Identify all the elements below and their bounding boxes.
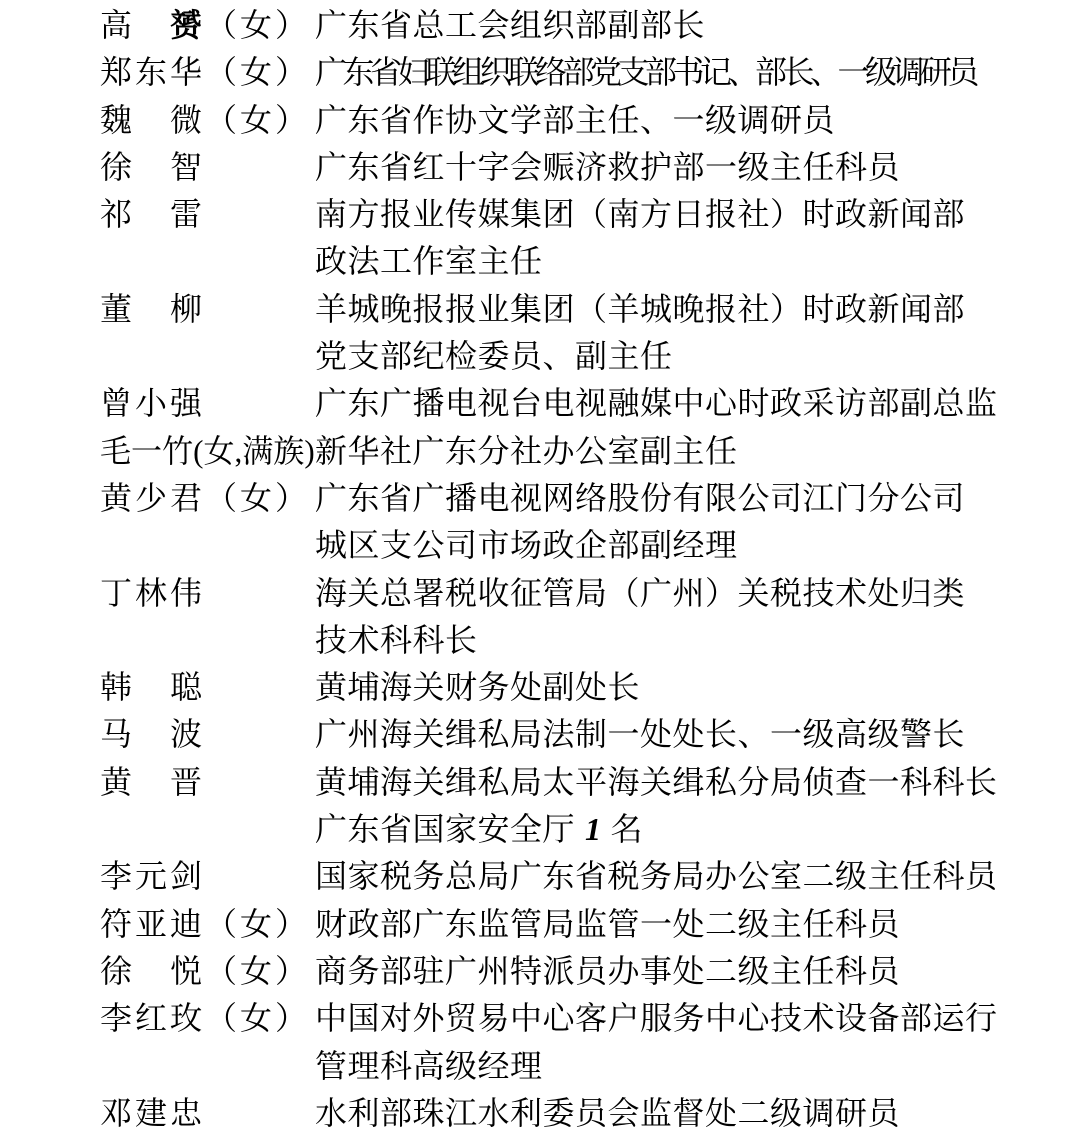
person-entry: 邓建忠水利部珠江水利委员会监督处二级调研员 xyxy=(100,1090,1080,1136)
position-line: 黄埔海关财务处副处长 xyxy=(315,664,1080,711)
person-entry: 毛一竹(女,满族)新华社广东分社办公室副主任 xyxy=(100,428,1080,475)
person-name: 曾小强 xyxy=(100,380,315,427)
person-position: 广东广播电视台电视融媒中心时政采访部副总监 xyxy=(315,380,1080,427)
person-name-text: 曾小强 xyxy=(100,380,205,427)
position-line: 广东省妇联组织联络部党支部书记、部长、一级调研员 xyxy=(315,49,1080,96)
person-entry: 黄少君（女）广东省广播电视网络股份有限公司江门分公司城区支公司市场政企部副经理 xyxy=(100,475,1080,570)
position-line: 黄埔海关缉私局太平海关缉私分局侦查一科科长 xyxy=(315,759,1080,806)
person-entry: 李元剑国家税务总局广东省税务局办公室二级主任科员 xyxy=(100,853,1080,900)
position-line: 城区支公司市场政企部副经理 xyxy=(315,522,1080,569)
person-name-bold-char: 赟 xyxy=(170,7,205,43)
person-name-text: 董 柳 xyxy=(100,286,205,333)
person-entry: 徐 悦（女）商务部驻广州特派员办事处二级主任科员 xyxy=(100,948,1080,995)
person-position: 广东省妇联组织联络部党支部书记、部长、一级调研员 xyxy=(315,49,1080,96)
person-name: 魏 微（女） xyxy=(100,97,315,144)
person-entry: 魏 微（女）广东省作协文学部主任、一级调研员 xyxy=(100,97,1080,144)
headcount-unit: 名 xyxy=(611,811,644,847)
person-position: 商务部驻广州特派员办事处二级主任科员 xyxy=(315,948,1080,995)
position-line: 广东省广播电视网络股份有限公司江门分公司 xyxy=(315,475,1080,522)
person-position: 新华社广东分社办公室副主任 xyxy=(315,428,1080,475)
position-line: 南方报业传媒集团（南方日报社）时政新闻部 xyxy=(315,191,1080,238)
person-entry: 李红玫（女）中国对外贸易中心客户服务中心技术设备部运行管理科高级经理 xyxy=(100,995,1080,1090)
person-entry: 徐 智广东省红十字会赈济救护部一级主任科员 xyxy=(100,144,1080,191)
position-line: 广东省总工会组织部副部长 xyxy=(315,2,1080,49)
person-name-text: 徐 智 xyxy=(100,144,205,191)
person-position: 水利部珠江水利委员会监督处二级调研员 xyxy=(315,1090,1080,1136)
person-name: 徐 智 xyxy=(100,144,315,191)
person-entry: 高 赟（女）广东省总工会组织部副部长 xyxy=(100,2,1080,49)
person-position: 海关总署税收征管局（广州）关税技术处归类技术科科长 xyxy=(315,570,1080,665)
person-name: 黄 晋 xyxy=(100,759,315,806)
headcount-number: 1 xyxy=(585,811,602,847)
person-entry: 韩 聪黄埔海关财务处副处长 xyxy=(100,664,1080,711)
person-name-text: 李红玫（女） xyxy=(100,995,310,1042)
person-name: 祁 雷 xyxy=(100,191,315,238)
person-name-text: 邓建忠 xyxy=(100,1090,205,1136)
person-name: 韩 聪 xyxy=(100,664,315,711)
person-name: 丁林伟 xyxy=(100,570,315,617)
document-page: { "page": { "background": "#ffffff", "te… xyxy=(0,0,1080,1136)
person-position: 广东省红十字会赈济救护部一级主任科员 xyxy=(315,144,1080,191)
person-position: 财政部广东监管局监管一处二级主任科员 xyxy=(315,901,1080,948)
person-name: 徐 悦（女） xyxy=(100,948,315,995)
position-line: 广东省作协文学部主任、一级调研员 xyxy=(315,97,1080,144)
person-name-text: 黄少君（女） xyxy=(100,475,310,522)
position-line: 海关总署税收征管局（广州）关税技术处归类 xyxy=(315,570,1080,617)
person-name-text: 马 波 xyxy=(100,711,205,758)
person-name-text: 毛一竹(女,满族) xyxy=(100,428,315,475)
person-name-text: 郑东华（女） xyxy=(100,49,310,96)
person-entry: 郑东华（女）广东省妇联组织联络部党支部书记、部长、一级调研员 xyxy=(100,49,1080,96)
person-entry: 符亚迪（女）财政部广东监管局监管一处二级主任科员 xyxy=(100,901,1080,948)
person-name: 李元剑 xyxy=(100,853,315,900)
person-name: 邓建忠 xyxy=(100,1090,315,1136)
person-name-text: 韩 聪 xyxy=(100,664,205,711)
person-position: 广东省作协文学部主任、一级调研员 xyxy=(315,97,1080,144)
person-position: 国家税务总局广东省税务局办公室二级主任科员 xyxy=(315,853,1080,900)
position-line: 党支部纪检委员、副主任 xyxy=(315,333,1080,380)
person-name: 马 波 xyxy=(100,711,315,758)
position-line: 政法工作室主任 xyxy=(315,238,1080,285)
name-title-list: 高 赟（女）广东省总工会组织部副部长郑东华（女）广东省妇联组织联络部党支部书记、… xyxy=(0,0,1080,1136)
position-line: 技术科科长 xyxy=(315,617,1080,664)
person-position: 黄埔海关财务处副处长 xyxy=(315,664,1080,711)
person-name-text: 徐 悦（女） xyxy=(100,948,310,995)
person-name-text: 魏 微（女） xyxy=(100,97,310,144)
position-line: 广东广播电视台电视融媒中心时政采访部副总监 xyxy=(315,380,1080,427)
person-position: 广东省总工会组织部副部长 xyxy=(315,2,1080,49)
person-position: 中国对外贸易中心客户服务中心技术设备部运行管理科高级经理 xyxy=(315,995,1080,1090)
person-name-text: 丁林伟 xyxy=(100,570,205,617)
person-name-text: 黄 晋 xyxy=(100,759,205,806)
position-line: 广州海关缉私局法制一处处长、一级高级警长 xyxy=(315,711,1080,758)
person-position: 黄埔海关缉私局太平海关缉私分局侦查一科科长 xyxy=(315,759,1080,806)
section-title: 广东省国家安全厅 xyxy=(315,811,575,847)
person-position: 广州海关缉私局法制一处处长、一级高级警长 xyxy=(315,711,1080,758)
person-name: 董 柳 xyxy=(100,286,315,333)
person-entry: 曾小强广东广播电视台电视融媒中心时政采访部副总监 xyxy=(100,380,1080,427)
person-name: 李红玫（女） xyxy=(100,995,315,1042)
person-name: 高 赟（女） xyxy=(100,2,315,49)
position-line: 财政部广东监管局监管一处二级主任科员 xyxy=(315,901,1080,948)
person-name: 毛一竹(女,满族) xyxy=(100,428,315,475)
section-header-text: 广东省国家安全厅1名 xyxy=(315,806,643,853)
position-line: 管理科高级经理 xyxy=(315,1043,1080,1090)
position-line: 中国对外贸易中心客户服务中心技术设备部运行 xyxy=(315,995,1080,1042)
person-name-text: 祁 雷 xyxy=(100,191,205,238)
position-line: 广东省红十字会赈济救护部一级主任科员 xyxy=(315,144,1080,191)
position-line: 商务部驻广州特派员办事处二级主任科员 xyxy=(315,948,1080,995)
position-line: 羊城晚报报业集团（羊城晚报社）时政新闻部 xyxy=(315,286,1080,333)
person-entry: 丁林伟海关总署税收征管局（广州）关税技术处归类技术科科长 xyxy=(100,570,1080,665)
person-entry: 董 柳羊城晚报报业集团（羊城晚报社）时政新闻部党支部纪检委员、副主任 xyxy=(100,286,1080,381)
person-name: 符亚迪（女） xyxy=(100,901,315,948)
position-line: 新华社广东分社办公室副主任 xyxy=(315,428,1080,475)
person-name: 黄少君（女） xyxy=(100,475,315,522)
position-line: 水利部珠江水利委员会监督处二级调研员 xyxy=(315,1090,1080,1136)
person-name-text: 李元剑 xyxy=(100,853,205,900)
person-position: 广东省广播电视网络股份有限公司江门分公司城区支公司市场政企部副经理 xyxy=(315,475,1080,570)
person-entry: 祁 雷南方报业传媒集团（南方日报社）时政新闻部政法工作室主任 xyxy=(100,191,1080,286)
person-position: 羊城晚报报业集团（羊城晚报社）时政新闻部党支部纪检委员、副主任 xyxy=(315,286,1080,381)
person-position: 南方报业传媒集团（南方日报社）时政新闻部政法工作室主任 xyxy=(315,191,1080,286)
person-name-text: 高 赟（女） xyxy=(100,2,310,49)
section-header: 广东省国家安全厅1名 xyxy=(100,806,1080,853)
person-entry: 马 波广州海关缉私局法制一处处长、一级高级警长 xyxy=(100,711,1080,758)
position-line: 国家税务总局广东省税务局办公室二级主任科员 xyxy=(315,853,1080,900)
person-name-text: 符亚迪（女） xyxy=(100,901,310,948)
person-name: 郑东华（女） xyxy=(100,49,315,96)
person-entry: 黄 晋黄埔海关缉私局太平海关缉私分局侦查一科科长 xyxy=(100,759,1080,806)
